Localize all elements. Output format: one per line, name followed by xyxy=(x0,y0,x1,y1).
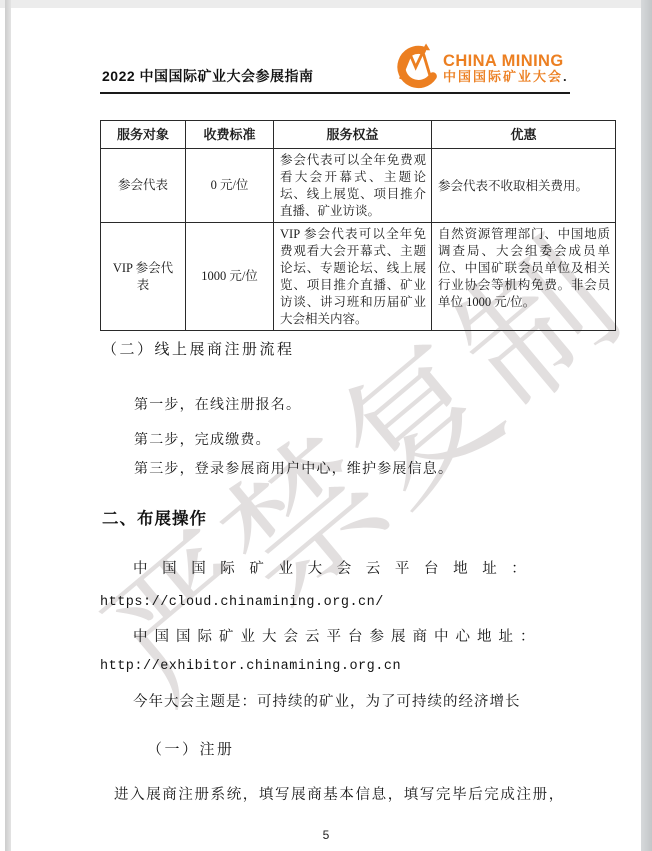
conference-theme-line: 今年大会主题是：可持续的矿业，为了可持续的经济增长 xyxy=(133,690,521,711)
step-3: 第三步，登录参展商用户中心，维护参展信息。 xyxy=(134,458,453,478)
section-title-setup: 二、布展操作 xyxy=(102,505,207,529)
china-mining-logo: CHINA MINING 中国国际矿业大会. xyxy=(386,42,569,94)
header-divider xyxy=(100,92,570,94)
section-title-register: （一）注册 xyxy=(147,738,235,759)
exhibitor-center-label: 中国国际矿业大会云平台参展商中心地址： xyxy=(133,625,542,646)
china-mining-logo-icon xyxy=(386,42,440,94)
table-row: VIP 参会代表 1000 元/位 VIP 参会代表可以全年免费观看大会开幕式、… xyxy=(101,223,616,331)
cell-discount: 自然资源管理部门、中国地质调查局、大会组委会成员单位、中国矿联会员单位及相关行业… xyxy=(432,223,616,331)
doc-header-title: 2022 中国国际矿业大会参展指南 xyxy=(102,66,314,86)
logo-dot: . xyxy=(563,69,569,84)
section-title-online-registration: （二）线上展商注册流程 xyxy=(102,338,295,359)
cell-discount: 参会代表不收取相关费用。 xyxy=(432,149,616,223)
col-header-service-rights: 服务权益 xyxy=(274,121,432,149)
col-header-service-target: 服务对象 xyxy=(101,121,186,149)
page-edge-top xyxy=(0,0,652,8)
cloud-platform-label: 中国国际矿业大会云平台地址： xyxy=(133,557,540,578)
cell-target: 参会代表 xyxy=(101,149,186,223)
register-paragraph: 进入展商注册系统，填写展商基本信息，填写完毕后完成注册， xyxy=(114,783,564,804)
page-edge-right xyxy=(641,0,652,851)
cell-fee: 1000 元/位 xyxy=(186,223,274,331)
cloud-platform-url: https://cloud.chinamining.org.cn/ xyxy=(100,595,384,610)
step-2: 第二步，完成缴费。 xyxy=(134,429,271,449)
logo-text-cn: 中国国际矿业大会. xyxy=(443,70,569,84)
document-page: 2022 中国国际矿业大会参展指南 CHINA MINING 中国国际矿业大会.… xyxy=(0,0,652,851)
page-edge-left xyxy=(5,0,11,851)
fee-table: 服务对象 收费标准 服务权益 优惠 参会代表 0 元/位 参会代表可以全年免费观… xyxy=(100,120,616,331)
fee-table-header-row: 服务对象 收费标准 服务权益 优惠 xyxy=(101,121,616,149)
table-row: 参会代表 0 元/位 参会代表可以全年免费观看大会开幕式、主题论坛、线上展览、项… xyxy=(101,149,616,223)
col-header-discount: 优惠 xyxy=(432,121,616,149)
col-header-fee-standard: 收费标准 xyxy=(186,121,274,149)
cell-rights: 参会代表可以全年免费观看大会开幕式、主题论坛、线上展览、项目推介直播、矿业访谈。 xyxy=(274,149,432,223)
page-number: 5 xyxy=(0,828,652,842)
cell-target: VIP 参会代表 xyxy=(101,223,186,331)
cell-rights: VIP 参会代表可以全年免费观看大会开幕式、主题论坛、专题论坛、线上展览、项目推… xyxy=(274,223,432,331)
exhibitor-center-url: http://exhibitor.chinamining.org.cn xyxy=(100,659,401,674)
logo-text-en: CHINA MINING xyxy=(443,53,569,70)
cell-fee: 0 元/位 xyxy=(186,149,274,223)
step-1: 第一步，在线注册报名。 xyxy=(134,394,301,414)
